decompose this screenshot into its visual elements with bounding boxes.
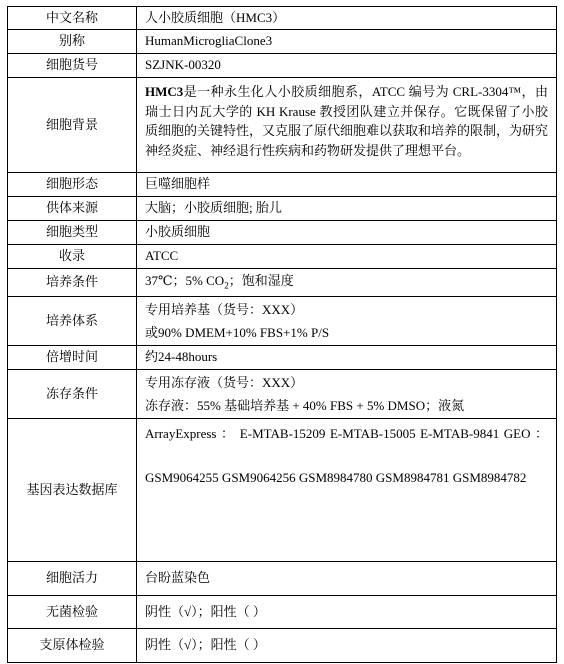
row-label-mycoplasma-test: 支原体检验: [8, 629, 137, 663]
row-value-viability: 台盼蓝染色: [137, 562, 557, 596]
table-row: 支原体检验 阴性（√）；阳性（ ）: [8, 629, 557, 663]
cryo-conditions-line1: 专用冻存液（货号：XXX）: [145, 371, 548, 394]
table-row: 培养条件 37℃；5% CO2；饱和湿度: [8, 269, 557, 297]
background-text: 是一种永生化人小胶质细胞系，ATCC 编号为 CRL-3304™，由瑞士日内瓦大…: [145, 84, 548, 158]
row-label-culture-conditions: 培养条件: [8, 269, 137, 297]
table-row: 别称 HumanMicrogliaClone3: [8, 30, 557, 54]
table-row: 中文名称 人小胶质细胞（HMC3）: [8, 7, 557, 30]
table-row: 无菌检验 阴性（√）；阳性（ ）: [8, 596, 557, 629]
gene-db-line1: ArrayExpress ： E-MTAB-15209 E-MTAB-15005…: [145, 423, 548, 467]
table-row: 细胞背景 HMC3是一种永生化人小胶质细胞系，ATCC 编号为 CRL-3304…: [8, 78, 557, 173]
row-value-chinese-name: 人小胶质细胞（HMC3）: [137, 7, 557, 30]
row-value-background: HMC3是一种永生化人小胶质细胞系，ATCC 编号为 CRL-3304™，由瑞士…: [137, 78, 557, 173]
table-row: 冻存条件 专用冻存液（货号：XXX） 冻存液：55% 基础培养基 + 40% F…: [8, 370, 557, 419]
table-row: 细胞类型 小胶质细胞: [8, 221, 557, 245]
culture-system-line1: 专用培养基（货号：XXX）: [145, 298, 548, 321]
culture-conditions-suffix: ；饱和湿度: [229, 273, 294, 288]
table-row: 收录 ATCC: [8, 245, 557, 269]
row-value-cell-type: 小胶质细胞: [137, 221, 557, 245]
row-label-catalog-no: 细胞货号: [8, 54, 137, 78]
row-value-cryo-conditions: 专用冻存液（货号：XXX） 冻存液：55% 基础培养基 + 40% FBS + …: [137, 370, 557, 419]
row-value-alias: HumanMicrogliaClone3: [137, 30, 557, 54]
row-label-alias: 别称: [8, 30, 137, 54]
document-page: 中文名称 人小胶质细胞（HMC3） 别称 HumanMicrogliaClone…: [0, 0, 564, 664]
row-label-cell-type: 细胞类型: [8, 221, 137, 245]
row-label-chinese-name: 中文名称: [8, 7, 137, 30]
row-label-donor-source: 供体来源: [8, 197, 137, 221]
table-row: 细胞活力 台盼蓝染色: [8, 562, 557, 596]
row-value-donor-source: 大脑；小胶质细胞; 胎儿: [137, 197, 557, 221]
row-label-collection: 收录: [8, 245, 137, 269]
row-label-sterility-test: 无菌检验: [8, 596, 137, 629]
cryo-conditions-line2: 冻存液：55% 基础培养基 + 40% FBS + 5% DMSO；液氮: [145, 394, 548, 417]
table-row: 基因表达数据库 ArrayExpress ： E-MTAB-15209 E-MT…: [8, 419, 557, 562]
row-label-gene-expression-db: 基因表达数据库: [8, 419, 137, 562]
row-value-gene-expression-db: ArrayExpress ： E-MTAB-15209 E-MTAB-15005…: [137, 419, 557, 562]
row-label-background: 细胞背景: [8, 78, 137, 173]
row-label-doubling-time: 倍增时间: [8, 346, 137, 370]
table-row: 培养体系 专用培养基（货号：XXX） 或90% DMEM+10% FBS+1% …: [8, 297, 557, 346]
row-value-culture-system: 专用培养基（货号：XXX） 或90% DMEM+10% FBS+1% P/S: [137, 297, 557, 346]
row-label-cryo-conditions: 冻存条件: [8, 370, 137, 419]
table-row: 倍增时间 约24-48hours: [8, 346, 557, 370]
row-label-viability: 细胞活力: [8, 562, 137, 596]
culture-system-line2: 或90% DMEM+10% FBS+1% P/S: [145, 321, 548, 344]
table-row: 细胞形态 巨噬细胞样: [8, 173, 557, 197]
row-value-morphology: 巨噬细胞样: [137, 173, 557, 197]
table-row: 供体来源 大脑；小胶质细胞; 胎儿: [8, 197, 557, 221]
background-bold-lead: HMC3: [145, 84, 183, 99]
row-value-catalog-no: SZJNK-00320: [137, 54, 557, 78]
row-value-collection: ATCC: [137, 245, 557, 269]
gene-db-line2: GSM9064255 GSM9064256 GSM8984780 GSM8984…: [145, 467, 548, 489]
row-label-culture-system: 培养体系: [8, 297, 137, 346]
row-value-mycoplasma-test: 阴性（√）；阳性（ ）: [137, 629, 557, 663]
row-value-doubling-time: 约24-48hours: [137, 346, 557, 370]
row-value-sterility-test: 阴性（√）；阳性（ ）: [137, 596, 557, 629]
table-row: 细胞货号 SZJNK-00320: [8, 54, 557, 78]
row-label-morphology: 细胞形态: [8, 173, 137, 197]
row-value-culture-conditions: 37℃；5% CO2；饱和湿度: [137, 269, 557, 297]
cell-line-datasheet-table: 中文名称 人小胶质细胞（HMC3） 别称 HumanMicrogliaClone…: [7, 6, 557, 663]
culture-conditions-prefix: 37℃；5% CO: [145, 273, 224, 288]
